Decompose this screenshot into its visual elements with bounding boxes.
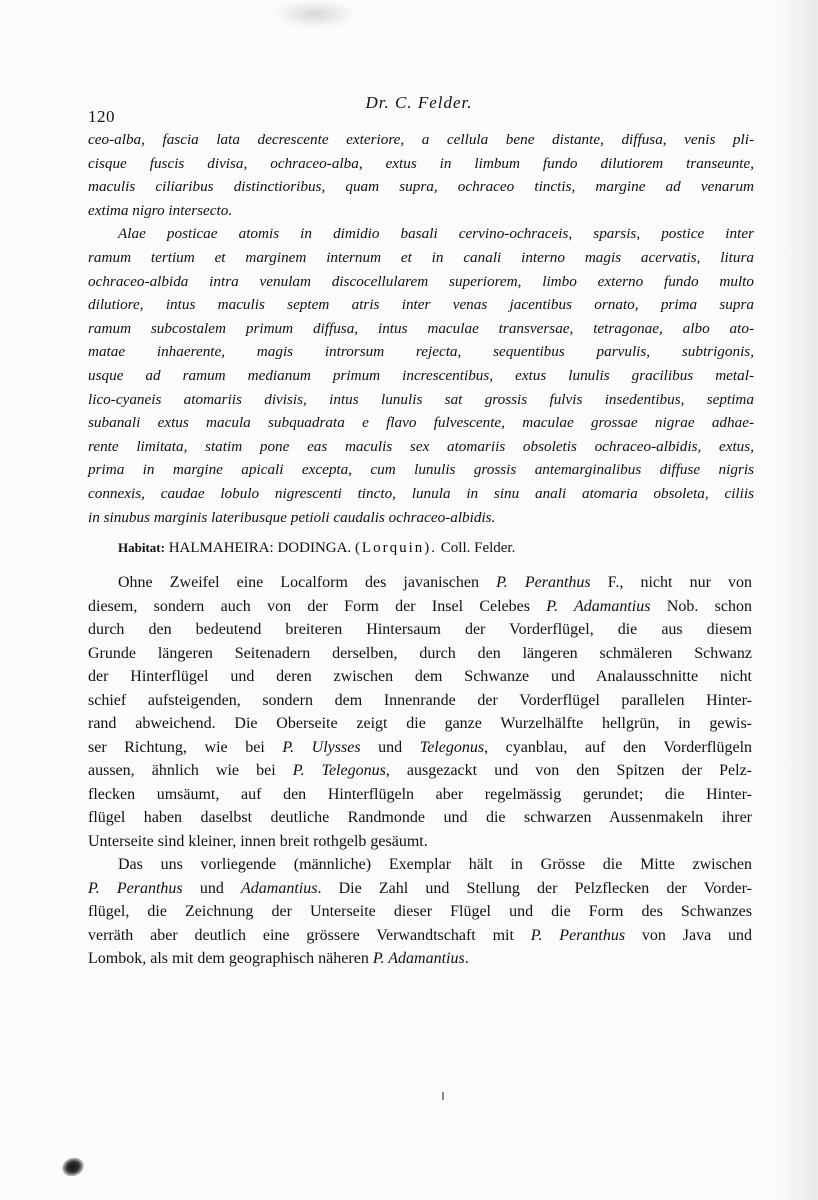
habitat-label: Habitat: — [118, 540, 165, 555]
text-line: dilutiore, intus maculis septem atris in… — [88, 293, 754, 317]
page-edge-shadow — [778, 0, 818, 1200]
text-line: Unterseite sind kleiner, innen breit rot… — [88, 830, 752, 854]
habitat-locality: HALMAHEIRA: DODINGA. — [169, 540, 351, 556]
text-line: prima in margine apicali excepta, cum lu… — [88, 458, 754, 482]
habitat-collector: (Lorquin). — [355, 540, 437, 556]
text-line: ramum tertium et marginem internum et in… — [88, 246, 754, 270]
text-line: Ohne Zweifel eine Localform des javanisc… — [88, 571, 752, 595]
text-line: maculis ciliaribus distinctioribus, quam… — [88, 175, 754, 199]
habitat-line: Habitat: HALMAHEIRA: DODINGA. (Lorquin).… — [118, 540, 515, 557]
scan-smudge — [275, 0, 355, 28]
text-line: Alae posticae atomis in dimidio basali c… — [88, 222, 754, 246]
latin-description: ceo-alba, fascia lata decrescente exteri… — [88, 128, 754, 529]
text-line: diesem, sondern auch von der Form der In… — [88, 595, 752, 619]
text-line: Grunde längeren Seitenadern derselben, d… — [88, 642, 752, 666]
scan-mark — [442, 1092, 444, 1100]
text-line: ser Richtung, wie bei P. Ulysses und Tel… — [88, 736, 752, 760]
text-line: verräth aber deutlich eine grössere Verw… — [88, 924, 752, 948]
text-line: aussen, ähnlich wie bei P. Telegonus, au… — [88, 759, 752, 783]
running-head: Dr. C. Felder. — [0, 93, 818, 113]
german-commentary: Ohne Zweifel eine Localform des javanisc… — [88, 571, 752, 971]
text-line: usque ad ramum medianum primum increscen… — [88, 364, 754, 388]
text-line: flecken umsäumt, auf den Hinterflügeln a… — [88, 783, 752, 807]
text-line: subanali extus macula subquadrata e flav… — [88, 411, 754, 435]
text-line: flügel, die Zeichnung der Unterseite die… — [88, 900, 752, 924]
text-line: ochraceo-albida intra venulam discocellu… — [88, 270, 754, 294]
text-line: durch den bedeutend breiteren Hintersaum… — [88, 618, 752, 642]
text-line: ramum subcostalem primum diffusa, intus … — [88, 317, 754, 341]
text-line: cisque fuscis divisa, ochraceo-alba, ext… — [88, 152, 754, 176]
text-line: flügel haben daselbst deutliche Randmond… — [88, 806, 752, 830]
text-line: in sinubus marginis lateribusque petioli… — [88, 506, 754, 530]
text-line: P. Peranthus und Adamantius. Die Zahl un… — [88, 877, 752, 901]
text-line: rand abweichend. Die Oberseite zeigt die… — [88, 712, 752, 736]
text-line: extima nigro intersecto. — [88, 199, 754, 223]
habitat-collection: Coll. Felder. — [441, 540, 516, 556]
text-line: Lombok, als mit dem geographisch näheren… — [88, 947, 752, 971]
text-line: rente limitata, statim pone eas maculis … — [88, 435, 754, 459]
text-line: schief aufsteigenden, sondern dem Innenr… — [88, 689, 752, 713]
ink-blot — [60, 1155, 87, 1179]
text-line: der Hinterflügel und deren zwischen dem … — [88, 665, 752, 689]
text-line: connexis, caudae lobulo nigrescenti tinc… — [88, 482, 754, 506]
text-line: Das uns vorliegende (männliche) Exemplar… — [88, 853, 752, 877]
text-line: matae inhaerente, magis introrsum reject… — [88, 340, 754, 364]
text-line: ceo-alba, fascia lata decrescente exteri… — [88, 128, 754, 152]
text-line: lico-cyaneis atomariis divisis, intus lu… — [88, 388, 754, 412]
